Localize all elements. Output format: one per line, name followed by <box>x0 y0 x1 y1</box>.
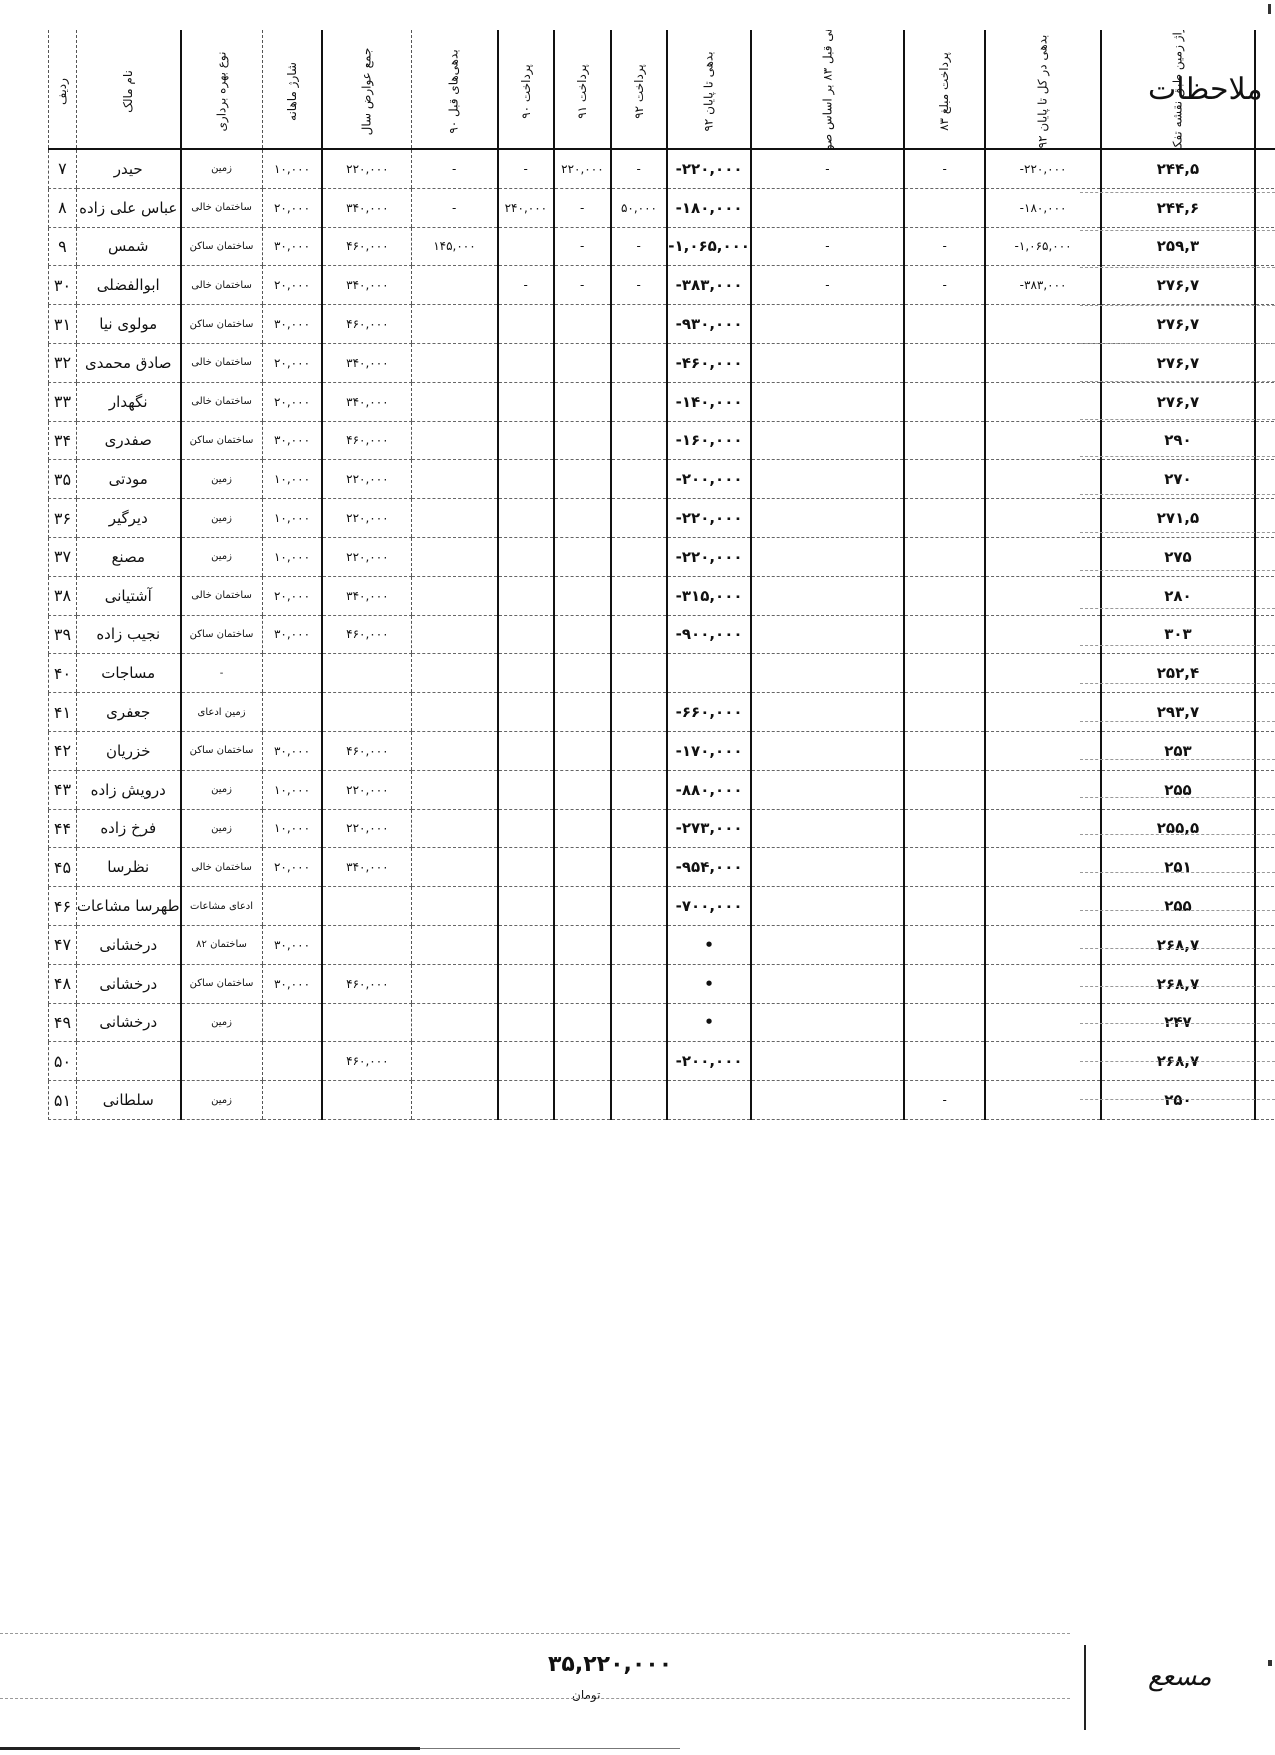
row-index: ۳۸ <box>49 576 77 615</box>
debt-end-92: -۹۰۰,۰۰۰ <box>667 615 751 654</box>
header-annual-total: جمع عوارض سال <box>322 30 411 149</box>
debt-before-90 <box>412 576 498 615</box>
annual-total: ۳۴۰,۰۰۰ <box>322 188 411 227</box>
debt-before-83 <box>751 848 905 887</box>
annual-total <box>322 693 411 732</box>
annual-total: ۴۶۰,۰۰۰ <box>322 1042 411 1081</box>
paid-90 <box>498 537 555 576</box>
debt-before-83: - <box>751 227 905 266</box>
owner-name: نظرسا <box>76 848 180 887</box>
header-monthly-charge: شارژ ماهانه <box>262 30 322 149</box>
paid-83 <box>904 576 985 615</box>
monthly-charge: ۳۰,۰۰۰ <box>262 305 322 344</box>
row-index: ۴۶ <box>49 887 77 926</box>
column-header-label: پرداخت ۹۰ <box>519 64 532 119</box>
paid-92 <box>611 460 668 499</box>
debt-before-83 <box>751 343 905 382</box>
debt-before-83 <box>751 305 905 344</box>
annual-total: ۲۲۰,۰۰۰ <box>322 460 411 499</box>
paid-90 <box>498 576 555 615</box>
notes-rule-line <box>1080 571 1275 609</box>
usage-type: زمین <box>181 1081 262 1120</box>
usage-type: ساختمان خالی <box>181 848 262 887</box>
usage-type: زمین ادعای <box>181 693 262 732</box>
column-header-label: بدهی تا پایان ۹۲ <box>703 51 716 131</box>
paid-92 <box>611 537 668 576</box>
paid-83 <box>904 188 985 227</box>
owner-name: درخشانی <box>76 964 180 1003</box>
paid-83: - <box>904 227 985 266</box>
paid-91 <box>554 537 611 576</box>
paid-91 <box>554 615 611 654</box>
notes-ruled-area <box>1080 155 1275 1100</box>
annual-total: ۴۶۰,۰۰۰ <box>322 227 411 266</box>
paid-91 <box>554 1081 611 1120</box>
debt-before-83 <box>751 615 905 654</box>
monthly-charge: ۲۰,۰۰۰ <box>262 266 322 305</box>
usage-type: ساختمان ساکن <box>181 615 262 654</box>
row-index: ۳۱ <box>49 305 77 344</box>
signature-divider <box>1084 1645 1086 1730</box>
header-debt-before-83: بدهی قبل ۸۳ بر اساس صورت <box>751 30 905 149</box>
monthly-charge: ۱۰,۰۰۰ <box>262 499 322 538</box>
debt-before-90: - <box>412 188 498 227</box>
usage-type: زمین <box>181 499 262 538</box>
owner-name: مولوی نیا <box>76 305 180 344</box>
debt-before-90 <box>412 460 498 499</box>
debt-before-90 <box>412 693 498 732</box>
paid-92: ۵۰,۰۰۰ <box>611 188 668 227</box>
owner-name: طهرسا مشاعات <box>76 887 180 926</box>
annual-total: ۴۶۰,۰۰۰ <box>322 731 411 770</box>
paid-83 <box>904 615 985 654</box>
paid-91: - <box>554 188 611 227</box>
row-index: ۵۰ <box>49 1042 77 1081</box>
debt-before-83 <box>751 537 905 576</box>
owner-name: نجیب زاده <box>76 615 180 654</box>
signature: مسعع <box>1148 1662 1212 1692</box>
notes-rule-line <box>1080 722 1275 760</box>
footer-rule-2 <box>0 1698 1070 1699</box>
paid-90: ۲۴۰,۰۰۰ <box>498 188 555 227</box>
owner-name: صفدری <box>76 421 180 460</box>
owner-name: سلطانی <box>76 1081 180 1120</box>
row-index: ۹ <box>49 227 77 266</box>
paid-90 <box>498 382 555 421</box>
column-header-label: نوع بهره برداری <box>215 51 228 131</box>
paid-92 <box>611 421 668 460</box>
column-header-label: جمع عوارض سال <box>361 47 374 135</box>
paid-91 <box>554 460 611 499</box>
debt-before-90 <box>412 305 498 344</box>
paid-90 <box>498 1042 555 1081</box>
debt-end-92: -۹۳۰,۰۰۰ <box>667 305 751 344</box>
annual-total: ۴۶۰,۰۰۰ <box>322 305 411 344</box>
notes-rule-line <box>1080 268 1275 306</box>
column-header-label: پرداخت ۹۲ <box>632 64 645 119</box>
debt-before-90 <box>412 887 498 926</box>
annual-total <box>322 654 411 693</box>
scan-corner-mark <box>1268 4 1271 14</box>
debt-before-90 <box>412 654 498 693</box>
notes-rule-line <box>1080 987 1275 1025</box>
paid-90 <box>498 1003 555 1042</box>
debt-before-90 <box>412 925 498 964</box>
footer-rule <box>0 1633 1070 1634</box>
paid-83 <box>904 305 985 344</box>
annual-total: ۳۴۰,۰۰۰ <box>322 576 411 615</box>
paid-91: - <box>554 227 611 266</box>
paid-92 <box>611 770 668 809</box>
debt-before-83 <box>751 188 905 227</box>
paid-91: - <box>554 266 611 305</box>
header-paid-83: پرداخت مبلغ ۸۳ <box>904 30 985 149</box>
notes-rule-line <box>1080 609 1275 647</box>
debt-end-92: -۱۸۰,۰۰۰ <box>667 188 751 227</box>
paid-91 <box>554 964 611 1003</box>
debt-end-92: -۱۶۰,۰۰۰ <box>667 421 751 460</box>
header-paid-90: پرداخت ۹۰ <box>498 30 555 149</box>
row-index: ۴۷ <box>49 925 77 964</box>
paid-83 <box>904 848 985 887</box>
usage-type: ساختمان ساکن <box>181 964 262 1003</box>
usage-type: ساختمان خالی <box>181 188 262 227</box>
row-index: ۳۳ <box>49 382 77 421</box>
monthly-charge: ۳۰,۰۰۰ <box>262 731 322 770</box>
monthly-charge <box>262 693 322 732</box>
paid-90 <box>498 809 555 848</box>
annual-total: ۳۴۰,۰۰۰ <box>322 343 411 382</box>
paid-91 <box>554 499 611 538</box>
annual-total: ۴۶۰,۰۰۰ <box>322 421 411 460</box>
usage-type: ساختمان ۸۲ <box>181 925 262 964</box>
annual-total <box>322 925 411 964</box>
paid-90 <box>498 343 555 382</box>
monthly-charge: ۱۰,۰۰۰ <box>262 460 322 499</box>
monthly-charge <box>262 1081 322 1120</box>
monthly-charge: ۳۰,۰۰۰ <box>262 227 322 266</box>
paid-90 <box>498 305 555 344</box>
notes-rule-line <box>1080 193 1275 231</box>
debt-before-90 <box>412 1042 498 1081</box>
annual-total: ۴۶۰,۰۰۰ <box>322 615 411 654</box>
paid-92 <box>611 382 668 421</box>
usage-type: ساختمان خالی <box>181 343 262 382</box>
annual-total: ۲۲۰,۰۰۰ <box>322 149 411 188</box>
paid-83 <box>904 421 985 460</box>
row-index: ۴۰ <box>49 654 77 693</box>
debt-end-92: -۲۲۰,۰۰۰ <box>667 499 751 538</box>
paid-90 <box>498 887 555 926</box>
debt-before-83 <box>751 499 905 538</box>
debt-before-83 <box>751 654 905 693</box>
row-index: ۴۲ <box>49 731 77 770</box>
debt-before-90 <box>412 499 498 538</box>
paid-92 <box>611 305 668 344</box>
usage-type: ساختمان ساکن <box>181 421 262 460</box>
debt-end-92: -۶۶۰,۰۰۰ <box>667 693 751 732</box>
notes-rule-line <box>1080 873 1275 911</box>
paid-92: - <box>611 266 668 305</box>
debt-end-92: -۳۱۵,۰۰۰ <box>667 576 751 615</box>
column-header-label: بدهی‌های قبل ۹۰ <box>448 49 461 133</box>
paid-90 <box>498 460 555 499</box>
header-index: ردیف <box>49 30 77 149</box>
paid-90 <box>498 848 555 887</box>
paid-92 <box>611 343 668 382</box>
paid-83 <box>904 731 985 770</box>
monthly-charge: ۲۰,۰۰۰ <box>262 382 322 421</box>
owner-name: نگهدار <box>76 382 180 421</box>
debt-before-90 <box>412 343 498 382</box>
debt-before-90 <box>412 964 498 1003</box>
owner-name: عباس علی زاده <box>76 188 180 227</box>
monthly-charge: ۱۰,۰۰۰ <box>262 537 322 576</box>
paid-83: - <box>904 1081 985 1120</box>
paid-92 <box>611 848 668 887</box>
debt-before-83: - <box>751 149 905 188</box>
paid-83 <box>904 809 985 848</box>
paid-92 <box>611 964 668 1003</box>
usage-type: ساختمان خالی <box>181 382 262 421</box>
debt-end-92: • <box>667 925 751 964</box>
debt-end-92: -۳۸۳,۰۰۰ <box>667 266 751 305</box>
owner-name: درخشانی <box>76 1003 180 1042</box>
usage-type: زمین <box>181 149 262 188</box>
usage-type: زمین <box>181 1003 262 1042</box>
monthly-charge <box>262 654 322 693</box>
monthly-charge: ۳۰,۰۰۰ <box>262 421 322 460</box>
paid-83 <box>904 460 985 499</box>
paid-92: - <box>611 227 668 266</box>
paid-92 <box>611 925 668 964</box>
paid-83 <box>904 499 985 538</box>
annual-total: ۲۲۰,۰۰۰ <box>322 809 411 848</box>
debt-end-92: -۴۶۰,۰۰۰ <box>667 343 751 382</box>
paid-91 <box>554 925 611 964</box>
header-total-debt-92: بدهی در کل تا پایان ۹۲ <box>985 30 1101 149</box>
notes-rule-line <box>1080 382 1275 420</box>
paid-83 <box>904 887 985 926</box>
paid-90 <box>498 964 555 1003</box>
column-header-label: پرداخت ۹۱ <box>576 64 589 119</box>
debt-end-92 <box>667 654 751 693</box>
annual-total <box>322 1003 411 1042</box>
paid-83: - <box>904 266 985 305</box>
annual-total <box>322 887 411 926</box>
paid-90 <box>498 770 555 809</box>
grand-total-unit: تومان <box>572 1688 600 1702</box>
debt-end-92: • <box>667 1003 751 1042</box>
monthly-charge: ۳۰,۰۰۰ <box>262 925 322 964</box>
scanned-ledger-page: ردیفنام مالکنوع بهره برداریشارژ ماهانهجم… <box>0 0 1275 1755</box>
paid-90 <box>498 925 555 964</box>
monthly-charge: ۳۰,۰۰۰ <box>262 615 322 654</box>
notes-rule-line <box>1080 344 1275 382</box>
owner-name: ابوالفضلی <box>76 266 180 305</box>
paid-83 <box>904 925 985 964</box>
owner-name: شمس <box>76 227 180 266</box>
debt-before-90: - <box>412 149 498 188</box>
owner-name <box>76 1042 180 1081</box>
annual-total: ۲۲۰,۰۰۰ <box>322 499 411 538</box>
debt-end-92: -۲۲۰,۰۰۰ <box>667 149 751 188</box>
debt-before-83 <box>751 1081 905 1120</box>
monthly-charge: ۳۰,۰۰۰ <box>262 964 322 1003</box>
usage-type: - <box>181 654 262 693</box>
monthly-charge: ۲۰,۰۰۰ <box>262 576 322 615</box>
header-paid-91: پرداخت ۹۱ <box>554 30 611 149</box>
monthly-charge: ۲۰,۰۰۰ <box>262 343 322 382</box>
debt-end-92: -۲۰۰,۰۰۰ <box>667 460 751 499</box>
owner-name: مساجات <box>76 654 180 693</box>
debt-before-90: ۱۴۵,۰۰۰ <box>412 227 498 266</box>
row-index: ۸ <box>49 188 77 227</box>
row-index: ۳۷ <box>49 537 77 576</box>
usage-type: ساختمان خالی <box>181 576 262 615</box>
paid-92 <box>611 576 668 615</box>
paid-92 <box>611 654 668 693</box>
header-paid-92: پرداخت ۹۲ <box>611 30 668 149</box>
paid-92 <box>611 1003 668 1042</box>
debt-before-83 <box>751 576 905 615</box>
column-header-label: بدهی قبل ۸۳ بر اساس صورت <box>821 30 834 149</box>
debt-before-83 <box>751 731 905 770</box>
annual-total: ۲۲۰,۰۰۰ <box>322 537 411 576</box>
paid-91 <box>554 421 611 460</box>
row-index: ۴۳ <box>49 770 77 809</box>
debt-before-83 <box>751 770 905 809</box>
notes-rule-line <box>1080 420 1275 458</box>
paid-91 <box>554 887 611 926</box>
monthly-charge: ۲۰,۰۰۰ <box>262 188 322 227</box>
monthly-charge <box>262 1003 322 1042</box>
paid-83 <box>904 382 985 421</box>
notes-rule-line <box>1080 684 1275 722</box>
usage-type: زمین <box>181 537 262 576</box>
paid-91 <box>554 382 611 421</box>
paid-92 <box>611 731 668 770</box>
row-index: ۳۶ <box>49 499 77 538</box>
debt-end-92: -۲۲۰,۰۰۰ <box>667 537 751 576</box>
monthly-charge: ۱۰,۰۰۰ <box>262 809 322 848</box>
paid-90 <box>498 693 555 732</box>
paid-92 <box>611 809 668 848</box>
notes-rule-line <box>1080 835 1275 873</box>
debt-before-83 <box>751 1042 905 1081</box>
owner-name: درخشانی <box>76 925 180 964</box>
paid-92 <box>611 499 668 538</box>
owner-name: فرخ زاده <box>76 809 180 848</box>
paid-91 <box>554 809 611 848</box>
header-debt-end-92: بدهی تا پایان ۹۲ <box>667 30 751 149</box>
header-owner-name: نام مالک <box>76 30 180 149</box>
header-row: ردیفنام مالکنوع بهره برداریشارژ ماهانهجم… <box>49 30 1275 149</box>
notes-column-title: ملاحظات <box>1148 72 1263 107</box>
column-header-label: بدهی در کل تا پایان ۹۲ <box>1037 34 1050 148</box>
debt-end-92: -۷۰۰,۰۰۰ <box>667 887 751 926</box>
debt-before-83 <box>751 809 905 848</box>
debt-before-90 <box>412 1003 498 1042</box>
paid-83 <box>904 770 985 809</box>
annual-total: ۲۲۰,۰۰۰ <box>322 770 411 809</box>
paid-92 <box>611 1081 668 1120</box>
owner-name: دیرگیر <box>76 499 180 538</box>
annual-total: ۳۴۰,۰۰۰ <box>322 848 411 887</box>
row-index: ۴۵ <box>49 848 77 887</box>
paid-90 <box>498 731 555 770</box>
debt-before-90 <box>412 615 498 654</box>
column-header-label: شارژ ماهانه <box>286 62 299 121</box>
paid-91 <box>554 343 611 382</box>
paid-92 <box>611 693 668 732</box>
usage-type: زمین <box>181 460 262 499</box>
debt-before-83 <box>751 421 905 460</box>
paid-90 <box>498 227 555 266</box>
debt-before-90 <box>412 770 498 809</box>
notes-rule-line <box>1080 1062 1275 1100</box>
usage-type: ساختمان خالی <box>181 266 262 305</box>
annual-total: ۴۶۰,۰۰۰ <box>322 964 411 1003</box>
debt-before-83 <box>751 925 905 964</box>
paid-83 <box>904 1042 985 1081</box>
header-usage-type: نوع بهره برداری <box>181 30 262 149</box>
debt-before-83 <box>751 887 905 926</box>
row-index: ۳۵ <box>49 460 77 499</box>
debt-before-83 <box>751 382 905 421</box>
paid-90 <box>498 615 555 654</box>
usage-type: ساختمان ساکن <box>181 731 262 770</box>
paid-90: - <box>498 266 555 305</box>
debt-before-83 <box>751 693 905 732</box>
owner-name: مودتی <box>76 460 180 499</box>
monthly-charge: ۱۰,۰۰۰ <box>262 770 322 809</box>
paid-83 <box>904 964 985 1003</box>
paid-83 <box>904 343 985 382</box>
debt-before-83 <box>751 1003 905 1042</box>
owner-name: حیدر <box>76 149 180 188</box>
paid-83 <box>904 1003 985 1042</box>
header-debt-before-90: بدهی‌های قبل ۹۰ <box>412 30 498 149</box>
debt-before-90 <box>412 809 498 848</box>
owner-name: جعفری <box>76 693 180 732</box>
debt-before-90 <box>412 537 498 576</box>
row-index: ۳۴ <box>49 421 77 460</box>
column-header-label: پرداخت مبلغ ۸۳ <box>938 52 951 131</box>
bottom-rule-thin <box>420 1748 680 1749</box>
debt-end-92 <box>667 1081 751 1120</box>
paid-83 <box>904 693 985 732</box>
annual-total <box>322 1081 411 1120</box>
owner-name: صادق محمدی <box>76 343 180 382</box>
debt-before-90 <box>412 848 498 887</box>
debt-before-90 <box>412 266 498 305</box>
notes-rule-line <box>1080 533 1275 571</box>
notes-rule-line <box>1080 457 1275 495</box>
owner-name: مصنع <box>76 537 180 576</box>
paid-91 <box>554 731 611 770</box>
paid-90 <box>498 421 555 460</box>
usage-type: زمین <box>181 809 262 848</box>
paid-90 <box>498 499 555 538</box>
column-header-label: نام مالک <box>122 70 135 113</box>
scan-edge-mark <box>1268 1660 1272 1666</box>
usage-type: ساختمان ساکن <box>181 305 262 344</box>
annual-total: ۳۴۰,۰۰۰ <box>322 266 411 305</box>
debt-end-92: -۱۴۰,۰۰۰ <box>667 382 751 421</box>
paid-92: - <box>611 149 668 188</box>
usage-type <box>181 1042 262 1081</box>
